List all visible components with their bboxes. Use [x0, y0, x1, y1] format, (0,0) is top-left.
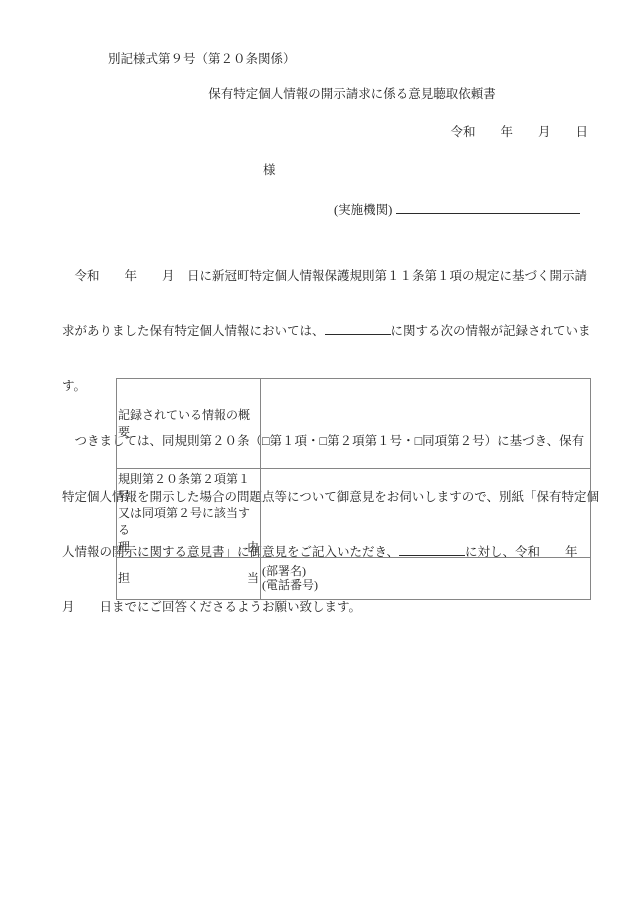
paragraph2-line4-text: 月 日までにご回答くださるようお願い致します。 — [62, 600, 361, 614]
department-name-label: (部署名) — [262, 565, 589, 579]
summary-label-cell: 記録されている情報の概要 — [117, 379, 261, 469]
table-row-summary: 記録されている情報の概要 — [117, 379, 591, 469]
paragraph2-line4: 月 日までにご回答くださるようお願い致します。 — [62, 598, 574, 616]
reason-label-line3-right: 由 — [247, 539, 259, 556]
agency-fill-line — [396, 201, 580, 214]
agency-line: (実施機関) — [334, 200, 580, 218]
reason-label-line3-left: 理 — [118, 539, 130, 556]
phone-number-label: (電話番号) — [262, 579, 589, 593]
table-row-contact: 担 当 (部署名) (電話番号) — [117, 558, 591, 600]
paragraph1-line2: 求がありました保有特定個人情報においては、に関する次の情報が記録されていま — [62, 322, 574, 340]
paragraph1-line2-post: に関する次の情報が記録されていま — [391, 324, 591, 338]
paragraph1-line1-text: 令和 年 月 日に新冠町特定個人情報保護規則第１１条第１項の規定に基づく開示請 — [62, 269, 587, 283]
date-line: 令和 年 月 日 — [450, 122, 588, 140]
document-title: 保有特定個人情報の開示請求に係る意見聴取依頼書 — [74, 84, 630, 102]
paragraph1-line1: 令和 年 月 日に新冠町特定個人情報保護規則第１１条第１項の規定に基づく開示請 — [62, 267, 574, 285]
reason-label-line1: 規則第２０条第２項第１号 — [118, 471, 259, 505]
paragraph1-line3-text: す。 — [62, 379, 86, 393]
information-table: 記録されている情報の概要 規則第２０条第２項第１号 又は同項第２号に該当する 理… — [116, 378, 591, 600]
agency-label: (実施機関) — [334, 203, 392, 217]
summary-value-cell — [261, 379, 591, 469]
table-row-reason: 規則第２０条第２項第１号 又は同項第２号に該当する 理 由 — [117, 469, 591, 558]
reason-label-line2: 又は同項第２号に該当する — [118, 505, 259, 539]
reason-label-line3: 理 由 — [118, 539, 259, 556]
contact-label-left: 担 — [118, 570, 130, 587]
document-page: 別記様式第９号（第２０条関係） 保有特定個人情報の開示請求に係る意見聴取依頼書 … — [0, 0, 630, 903]
addressee-sama: 様 — [263, 160, 276, 178]
fill-in-blank-1 — [325, 322, 391, 335]
contact-label-cell: 担 当 — [117, 558, 261, 600]
contact-value-lines: (部署名) (電話番号) — [262, 562, 589, 595]
contact-value-cell: (部署名) (電話番号) — [261, 558, 591, 600]
contact-label-right: 当 — [247, 570, 259, 587]
reason-label-cell: 規則第２０条第２項第１号 又は同項第２号に該当する 理 由 — [117, 469, 261, 558]
reason-value-cell — [261, 469, 591, 558]
form-number: 別記様式第９号（第２０条関係） — [108, 49, 296, 67]
paragraph1-line2-pre: 求がありました保有特定個人情報においては、 — [62, 324, 325, 338]
contact-label-line: 担 当 — [118, 570, 259, 587]
